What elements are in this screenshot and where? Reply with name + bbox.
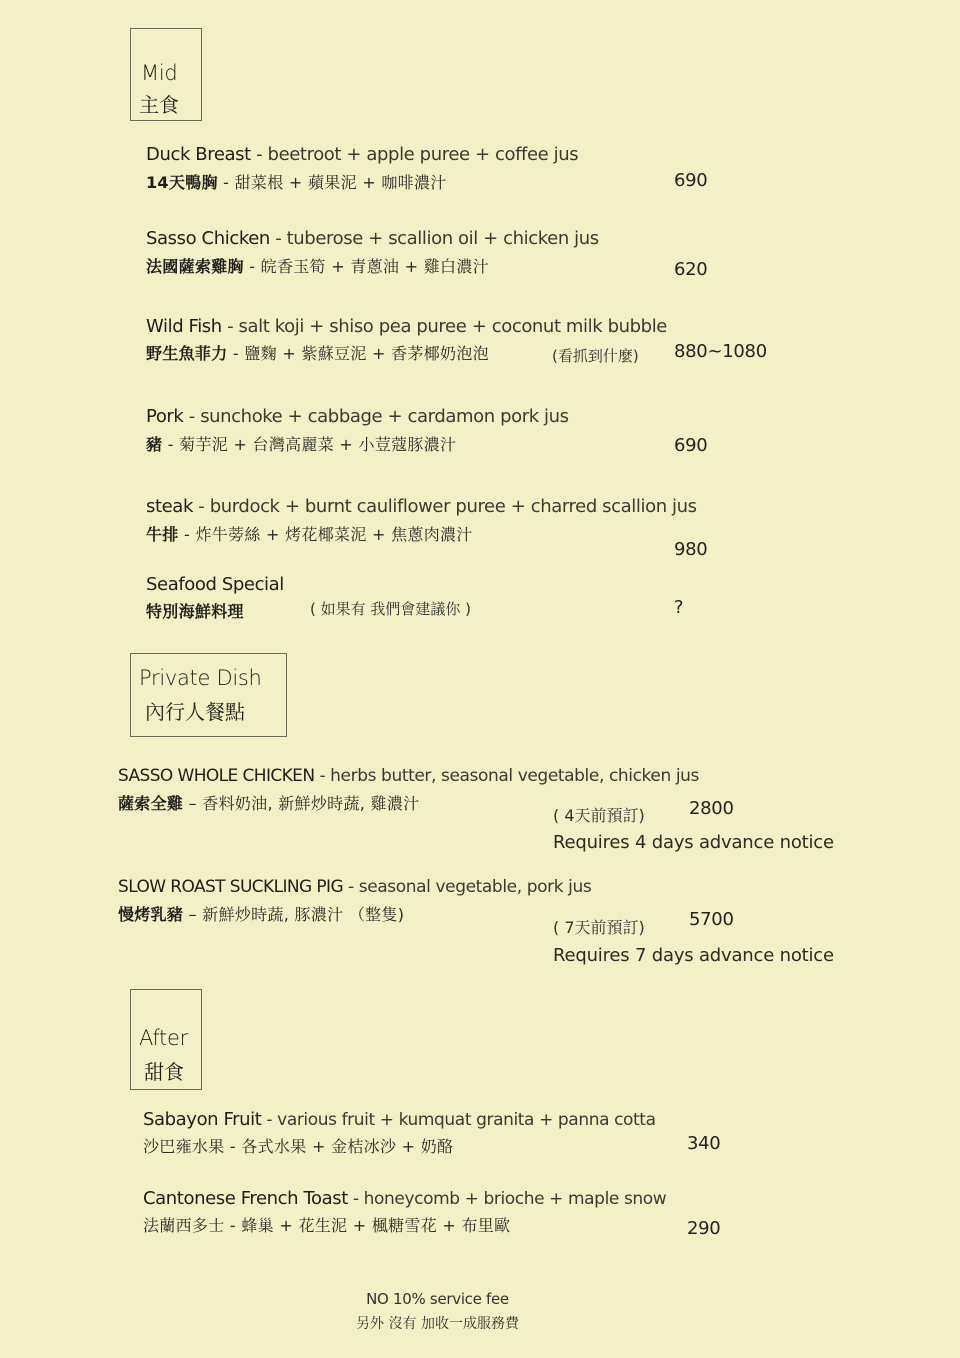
dish-desc-zh: - 炸牛蒡絲 + 烤花椰菜泥 + 焦蔥肉濃汁 xyxy=(179,525,473,544)
dish-name-zh: 豬 xyxy=(146,435,162,454)
price: ? xyxy=(674,597,683,618)
preorder-note: ( 4天前預訂) xyxy=(553,803,645,826)
section-title-en: After xyxy=(139,1026,188,1050)
dish-desc-en: - herbs butter, seasonal vegetable, chic… xyxy=(314,766,699,786)
dish-desc-en: - beetroot + apple puree + coffee jus xyxy=(251,144,578,165)
advance-notice: Requires 4 days advance notice xyxy=(553,832,834,853)
dish-desc-zh: – 香料奶油, 新鮮炒時蔬, 雞濃汁 xyxy=(183,794,419,813)
dish-desc-zh: - 各式水果 + 金桔冰沙 + 奶酪 xyxy=(225,1137,454,1156)
price: 620 xyxy=(674,259,707,280)
section-header-private-dish: Private Dish 內行人餐點 xyxy=(130,653,287,737)
dish-name-zh: 慢烤乳豬 xyxy=(118,905,183,924)
availability-note: (看抓到什麼) xyxy=(552,345,639,366)
dish-desc-zh: – 新鮮炒時蔬, 豚濃汁 （整隻) xyxy=(183,905,404,924)
dish-name-zh: 14天鴨胸 xyxy=(146,173,218,192)
item-name-zh-line: 法蘭西多士 - 蜂巢 + 花生泥 + 楓糖雪花 + 布里歐 xyxy=(143,1213,510,1236)
item-name-zh-line: 野生魚菲力 - 鹽麴 + 紫蘇豆泥 + 香茅椰奶泡泡 xyxy=(146,341,489,364)
dish-name-en: Seafood Special xyxy=(146,574,284,595)
advance-notice: Requires 7 days advance notice xyxy=(553,945,834,966)
dish-name-en: SLOW ROAST SUCKLING PIG xyxy=(118,877,343,897)
dish-desc-zh: - 皖香玉筍 + 青蔥油 + 雞白濃汁 xyxy=(244,257,489,276)
dish-name-zh: 牛排 xyxy=(146,525,179,544)
dish-name-en: Sabayon Fruit xyxy=(143,1109,261,1130)
section-title-zh: 內行人餐點 xyxy=(145,696,245,725)
item-name-zh-line: 法國薩索雞胸 - 皖香玉筍 + 青蔥油 + 雞白濃汁 xyxy=(146,254,489,277)
item-name-en-line: Seafood Special xyxy=(146,574,284,595)
item-name-en-line: Pork - sunchoke + cabbage + cardamon por… xyxy=(146,406,569,427)
dish-desc-en: - burdock + burnt cauliflower puree + ch… xyxy=(193,496,697,517)
section-title-en: Private Dish xyxy=(139,666,262,690)
item-name-en-line: Duck Breast - beetroot + apple puree + c… xyxy=(146,144,578,165)
dish-desc-zh: - 甜菜根 + 蘋果泥 + 咖啡濃汁 xyxy=(218,173,447,192)
dish-name-zh: 法蘭西多士 xyxy=(143,1216,225,1235)
dish-name-en: steak xyxy=(146,496,193,517)
dish-name-en: Cantonese French Toast xyxy=(143,1188,348,1209)
dish-desc-en: - seasonal vegetable, pork jus xyxy=(343,877,591,897)
price: 5700 xyxy=(689,909,734,930)
price: 690 xyxy=(674,170,707,191)
dish-desc-en: - salt koji + shiso pea puree + coconut … xyxy=(222,316,667,337)
preorder-note: ( 7天前預訂) xyxy=(553,915,645,938)
dish-desc-zh: - 蜂巢 + 花生泥 + 楓糖雪花 + 布里歐 xyxy=(225,1216,511,1235)
price: 690 xyxy=(674,435,707,456)
item-name-en-line: Sasso Chicken - tuberose + scallion oil … xyxy=(146,228,599,249)
section-header-mid: Mid 主食 xyxy=(130,28,202,121)
item-name-zh-line: 薩索全雞 – 香料奶油, 新鮮炒時蔬, 雞濃汁 xyxy=(118,791,419,814)
dish-name-en: Wild Fish xyxy=(146,316,222,337)
section-title-zh: 甜食 xyxy=(144,1056,184,1085)
item-name-zh-line: 牛排 - 炸牛蒡絲 + 烤花椰菜泥 + 焦蔥肉濃汁 xyxy=(146,522,473,545)
price: 290 xyxy=(687,1218,720,1239)
item-name-zh-line: 特別海鮮料理 xyxy=(146,599,244,622)
dish-desc-en: - tuberose + scallion oil + chicken jus xyxy=(270,228,599,249)
dish-desc-en: - various fruit + kumquat granita + pann… xyxy=(261,1110,655,1130)
price: 980 xyxy=(674,539,707,560)
dish-name-zh: 薩索全雞 xyxy=(118,794,183,813)
price: 2800 xyxy=(689,798,734,819)
service-fee-note-zh: 另外 沒有 加收一成服務費 xyxy=(0,1313,875,1333)
availability-note: ( 如果有 我們會建議你 ) xyxy=(310,598,471,619)
dish-name-zh: 特別海鮮料理 xyxy=(146,602,244,621)
item-name-zh-line: 慢烤乳豬 – 新鮮炒時蔬, 豚濃汁 （整隻) xyxy=(118,902,404,925)
item-name-en-line: SASSO WHOLE CHICKEN - herbs butter, seas… xyxy=(118,766,699,786)
dish-name-zh: 野生魚菲力 xyxy=(146,344,228,363)
dish-desc-en: - honeycomb + brioche + maple snow xyxy=(348,1189,666,1209)
dish-name-zh: 法國薩索雞胸 xyxy=(146,257,244,276)
section-title-zh: 主食 xyxy=(139,89,179,118)
dish-name-en: Duck Breast xyxy=(146,144,251,165)
item-name-zh-line: 豬 - 菊芋泥 + 台灣高麗菜 + 小荳蔻豚濃汁 xyxy=(146,432,456,455)
item-name-zh-line: 沙巴雍水果 - 各式水果 + 金桔冰沙 + 奶酪 xyxy=(143,1134,453,1157)
dish-name-en: Sasso Chicken xyxy=(146,228,270,249)
dish-desc-zh: - 鹽麴 + 紫蘇豆泥 + 香茅椰奶泡泡 xyxy=(228,344,489,363)
item-name-en-line: Cantonese French Toast - honeycomb + bri… xyxy=(143,1188,666,1209)
item-name-en-line: steak - burdock + burnt cauliflower pure… xyxy=(146,496,697,517)
dish-desc-en: - sunchoke + cabbage + cardamon pork jus xyxy=(183,406,568,427)
price: 880~1080 xyxy=(674,341,767,362)
item-name-en-line: Sabayon Fruit - various fruit + kumquat … xyxy=(143,1109,656,1130)
price: 340 xyxy=(687,1133,720,1154)
item-name-zh-line: 14天鴨胸 - 甜菜根 + 蘋果泥 + 咖啡濃汁 xyxy=(146,170,447,193)
dish-name-zh: 沙巴雍水果 xyxy=(143,1137,225,1156)
section-header-after: After 甜食 xyxy=(130,989,202,1090)
item-name-en-line: Wild Fish - salt koji + shiso pea puree … xyxy=(146,316,667,337)
dish-name-en: SASSO WHOLE CHICKEN xyxy=(118,766,314,786)
dish-name-en: Pork xyxy=(146,406,183,427)
item-name-en-line: SLOW ROAST SUCKLING PIG - seasonal veget… xyxy=(118,877,591,897)
section-title-en: Mid xyxy=(141,61,177,85)
service-fee-note-en: NO 10% service fee xyxy=(0,1290,875,1308)
dish-desc-zh: - 菊芋泥 + 台灣高麗菜 + 小荳蔻豚濃汁 xyxy=(162,435,456,454)
